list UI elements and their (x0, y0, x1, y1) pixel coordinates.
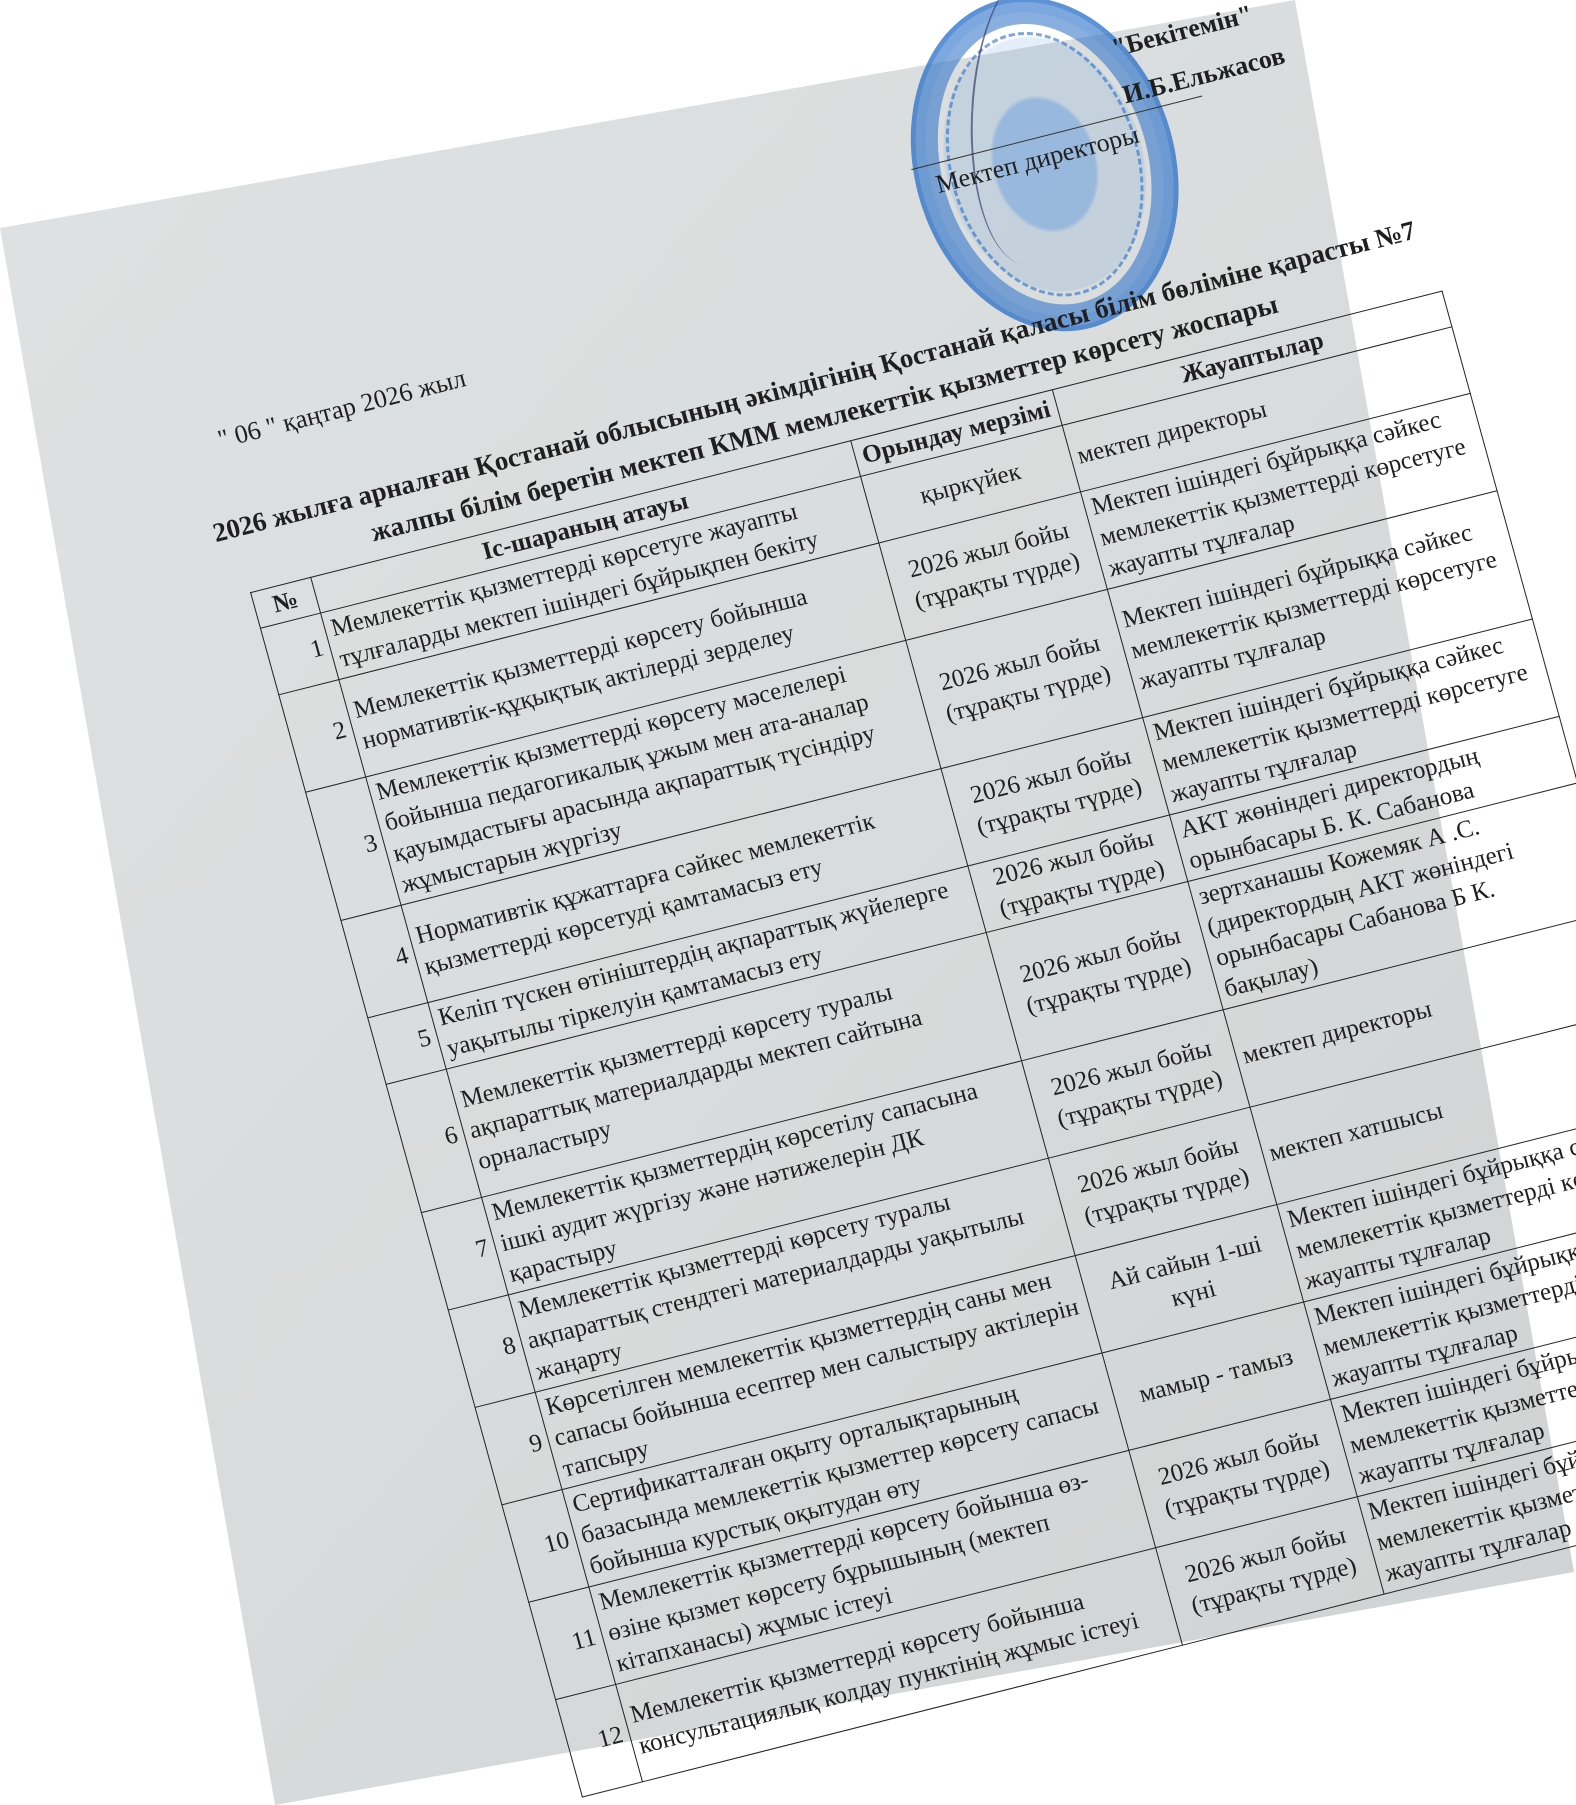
document-date: " 06 " қаңтар 2026 жыл (215, 363, 470, 454)
